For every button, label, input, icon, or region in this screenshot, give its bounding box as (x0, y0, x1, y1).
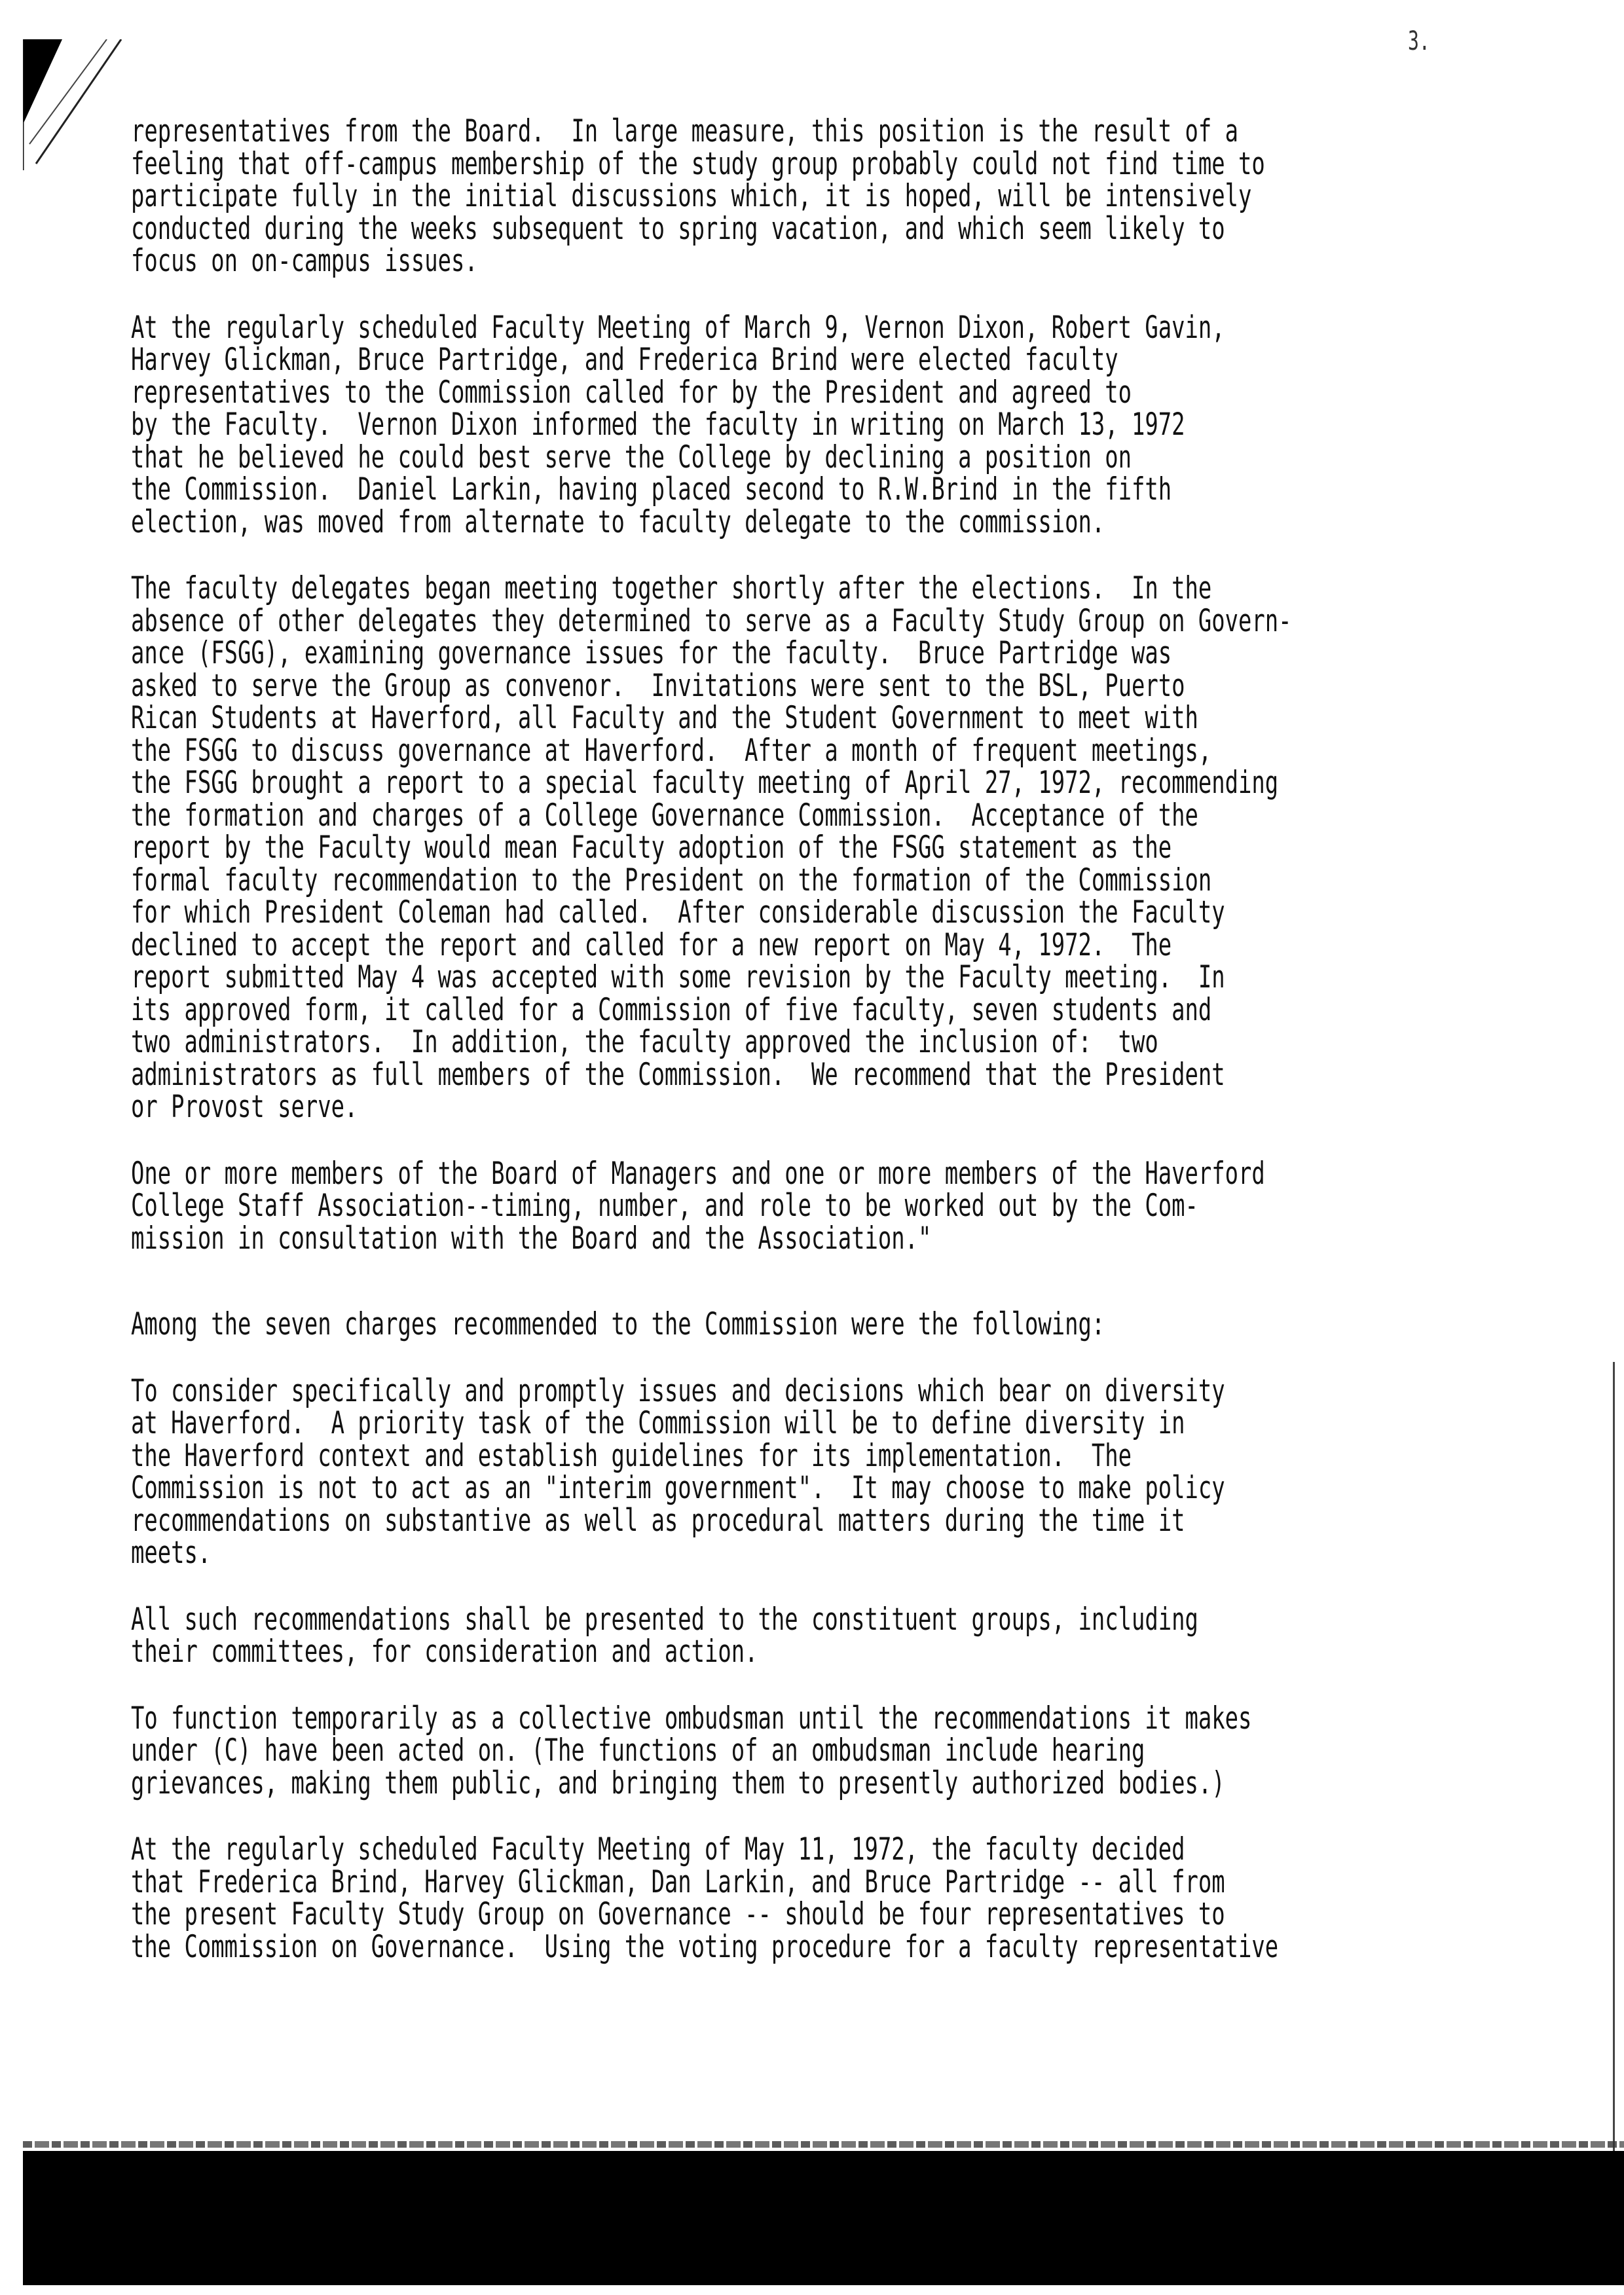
paragraph-recommendations: All such recommendations shall be presen… (131, 1604, 1572, 1668)
text-line: their committees, for consideration and … (131, 1636, 1168, 1668)
folded-corner-mark (23, 39, 134, 170)
paragraph-ombudsman: To function temporarily as a collective … (131, 1702, 1572, 1800)
text-line: that he believed he could best serve the… (131, 441, 1168, 474)
text-line: To consider specifically and promptly is… (131, 1375, 1168, 1408)
text-line: the FSGG to discuss governance at Haverf… (131, 735, 1168, 767)
text-line: Among the seven charges recommended to t… (131, 1308, 1168, 1341)
document-body: representatives from the Board. In large… (131, 115, 1572, 1963)
text-line: mission in consultation with the Board a… (131, 1222, 1168, 1255)
paragraph-seven-charges: Among the seven charges recommended to t… (131, 1308, 1572, 1341)
text-line: feeling that off-campus membership of th… (131, 148, 1168, 181)
paragraph-board-representatives: representatives from the Board. In large… (131, 115, 1572, 278)
text-line: meets. (131, 1537, 1168, 1570)
paragraph-may-meeting: At the regularly scheduled Faculty Meeti… (131, 1833, 1572, 1963)
text-line: two administrators. In addition, the fac… (131, 1026, 1168, 1059)
paragraph-diversity-charge: To consider specifically and promptly is… (131, 1375, 1572, 1570)
text-line: Harvey Glickman, Bruce Partridge, and Fr… (131, 344, 1168, 376)
text-line: participate fully in the initial discuss… (131, 180, 1168, 213)
text-line: declined to accept the report and called… (131, 929, 1168, 962)
text-line: One or more members of the Board of Mana… (131, 1158, 1168, 1190)
scan-black-band (23, 2151, 1624, 2285)
paragraph-fsgg: The faculty delegates began meeting toge… (131, 572, 1572, 1124)
text-line: by the Faculty. Vernon Dixon informed th… (131, 409, 1168, 441)
scan-edge-line (1613, 1362, 1615, 2154)
text-line: To function temporarily as a collective … (131, 1702, 1168, 1735)
text-line: recommendations on substantive as well a… (131, 1505, 1168, 1537)
text-line: Rican Students at Haverford, all Faculty… (131, 702, 1168, 735)
text-line: or Provost serve. (131, 1091, 1168, 1124)
text-line: At the regularly scheduled Faculty Meeti… (131, 312, 1168, 344)
text-line: focus on on-campus issues. (131, 245, 1168, 278)
text-line: the Commission. Daniel Larkin, having pl… (131, 473, 1168, 506)
text-line: administrators as full members of the Co… (131, 1059, 1168, 1092)
text-line: ance (FSGG), examining governance issues… (131, 637, 1168, 670)
text-line: conducted during the weeks subsequent to… (131, 213, 1168, 246)
text-line: College Staff Association--timing, numbe… (131, 1190, 1168, 1222)
text-line: report submitted May 4 was accepted with… (131, 961, 1168, 994)
text-line: All such recommendations shall be presen… (131, 1604, 1168, 1636)
text-line: The faculty delegates began meeting toge… (131, 572, 1168, 605)
scanned-page: 3. representatives from the Board. In la… (0, 0, 1624, 2295)
text-line: report by the Faculty would mean Faculty… (131, 832, 1168, 864)
text-line: that Frederica Brind, Harvey Glickman, D… (131, 1866, 1168, 1899)
text-line: for which President Coleman had called. … (131, 896, 1168, 929)
text-line: asked to serve the Group as convenor. In… (131, 670, 1168, 703)
paragraph-board-staff: One or more members of the Board of Mana… (131, 1158, 1572, 1255)
text-line: the Commission on Governance. Using the … (131, 1931, 1168, 1964)
text-line: representatives from the Board. In large… (131, 115, 1168, 148)
scan-artifact-rule (23, 2141, 1624, 2148)
text-line: formal faculty recommendation to the Pre… (131, 864, 1168, 897)
paragraph-march-meeting: At the regularly scheduled Faculty Meeti… (131, 312, 1572, 539)
text-line: its approved form, it called for a Commi… (131, 994, 1168, 1027)
text-line: Commission is not to act as an "interim … (131, 1472, 1168, 1505)
text-line: absence of other delegates they determin… (131, 605, 1168, 638)
text-line: grievances, making them public, and brin… (131, 1767, 1168, 1800)
text-line: the Haverford context and establish guid… (131, 1440, 1168, 1473)
page-number: 3. (1408, 26, 1430, 56)
text-line: election, was moved from alternate to fa… (131, 506, 1168, 539)
text-line: At the regularly scheduled Faculty Meeti… (131, 1833, 1168, 1866)
text-line: the formation and charges of a College G… (131, 799, 1168, 832)
text-line: representatives to the Commission called… (131, 376, 1168, 409)
text-line: at Haverford. A priority task of the Com… (131, 1407, 1168, 1440)
text-line: under (C) have been acted on. (The funct… (131, 1735, 1168, 1767)
text-line: the FSGG brought a report to a special f… (131, 767, 1168, 799)
text-line: the present Faculty Study Group on Gover… (131, 1898, 1168, 1931)
